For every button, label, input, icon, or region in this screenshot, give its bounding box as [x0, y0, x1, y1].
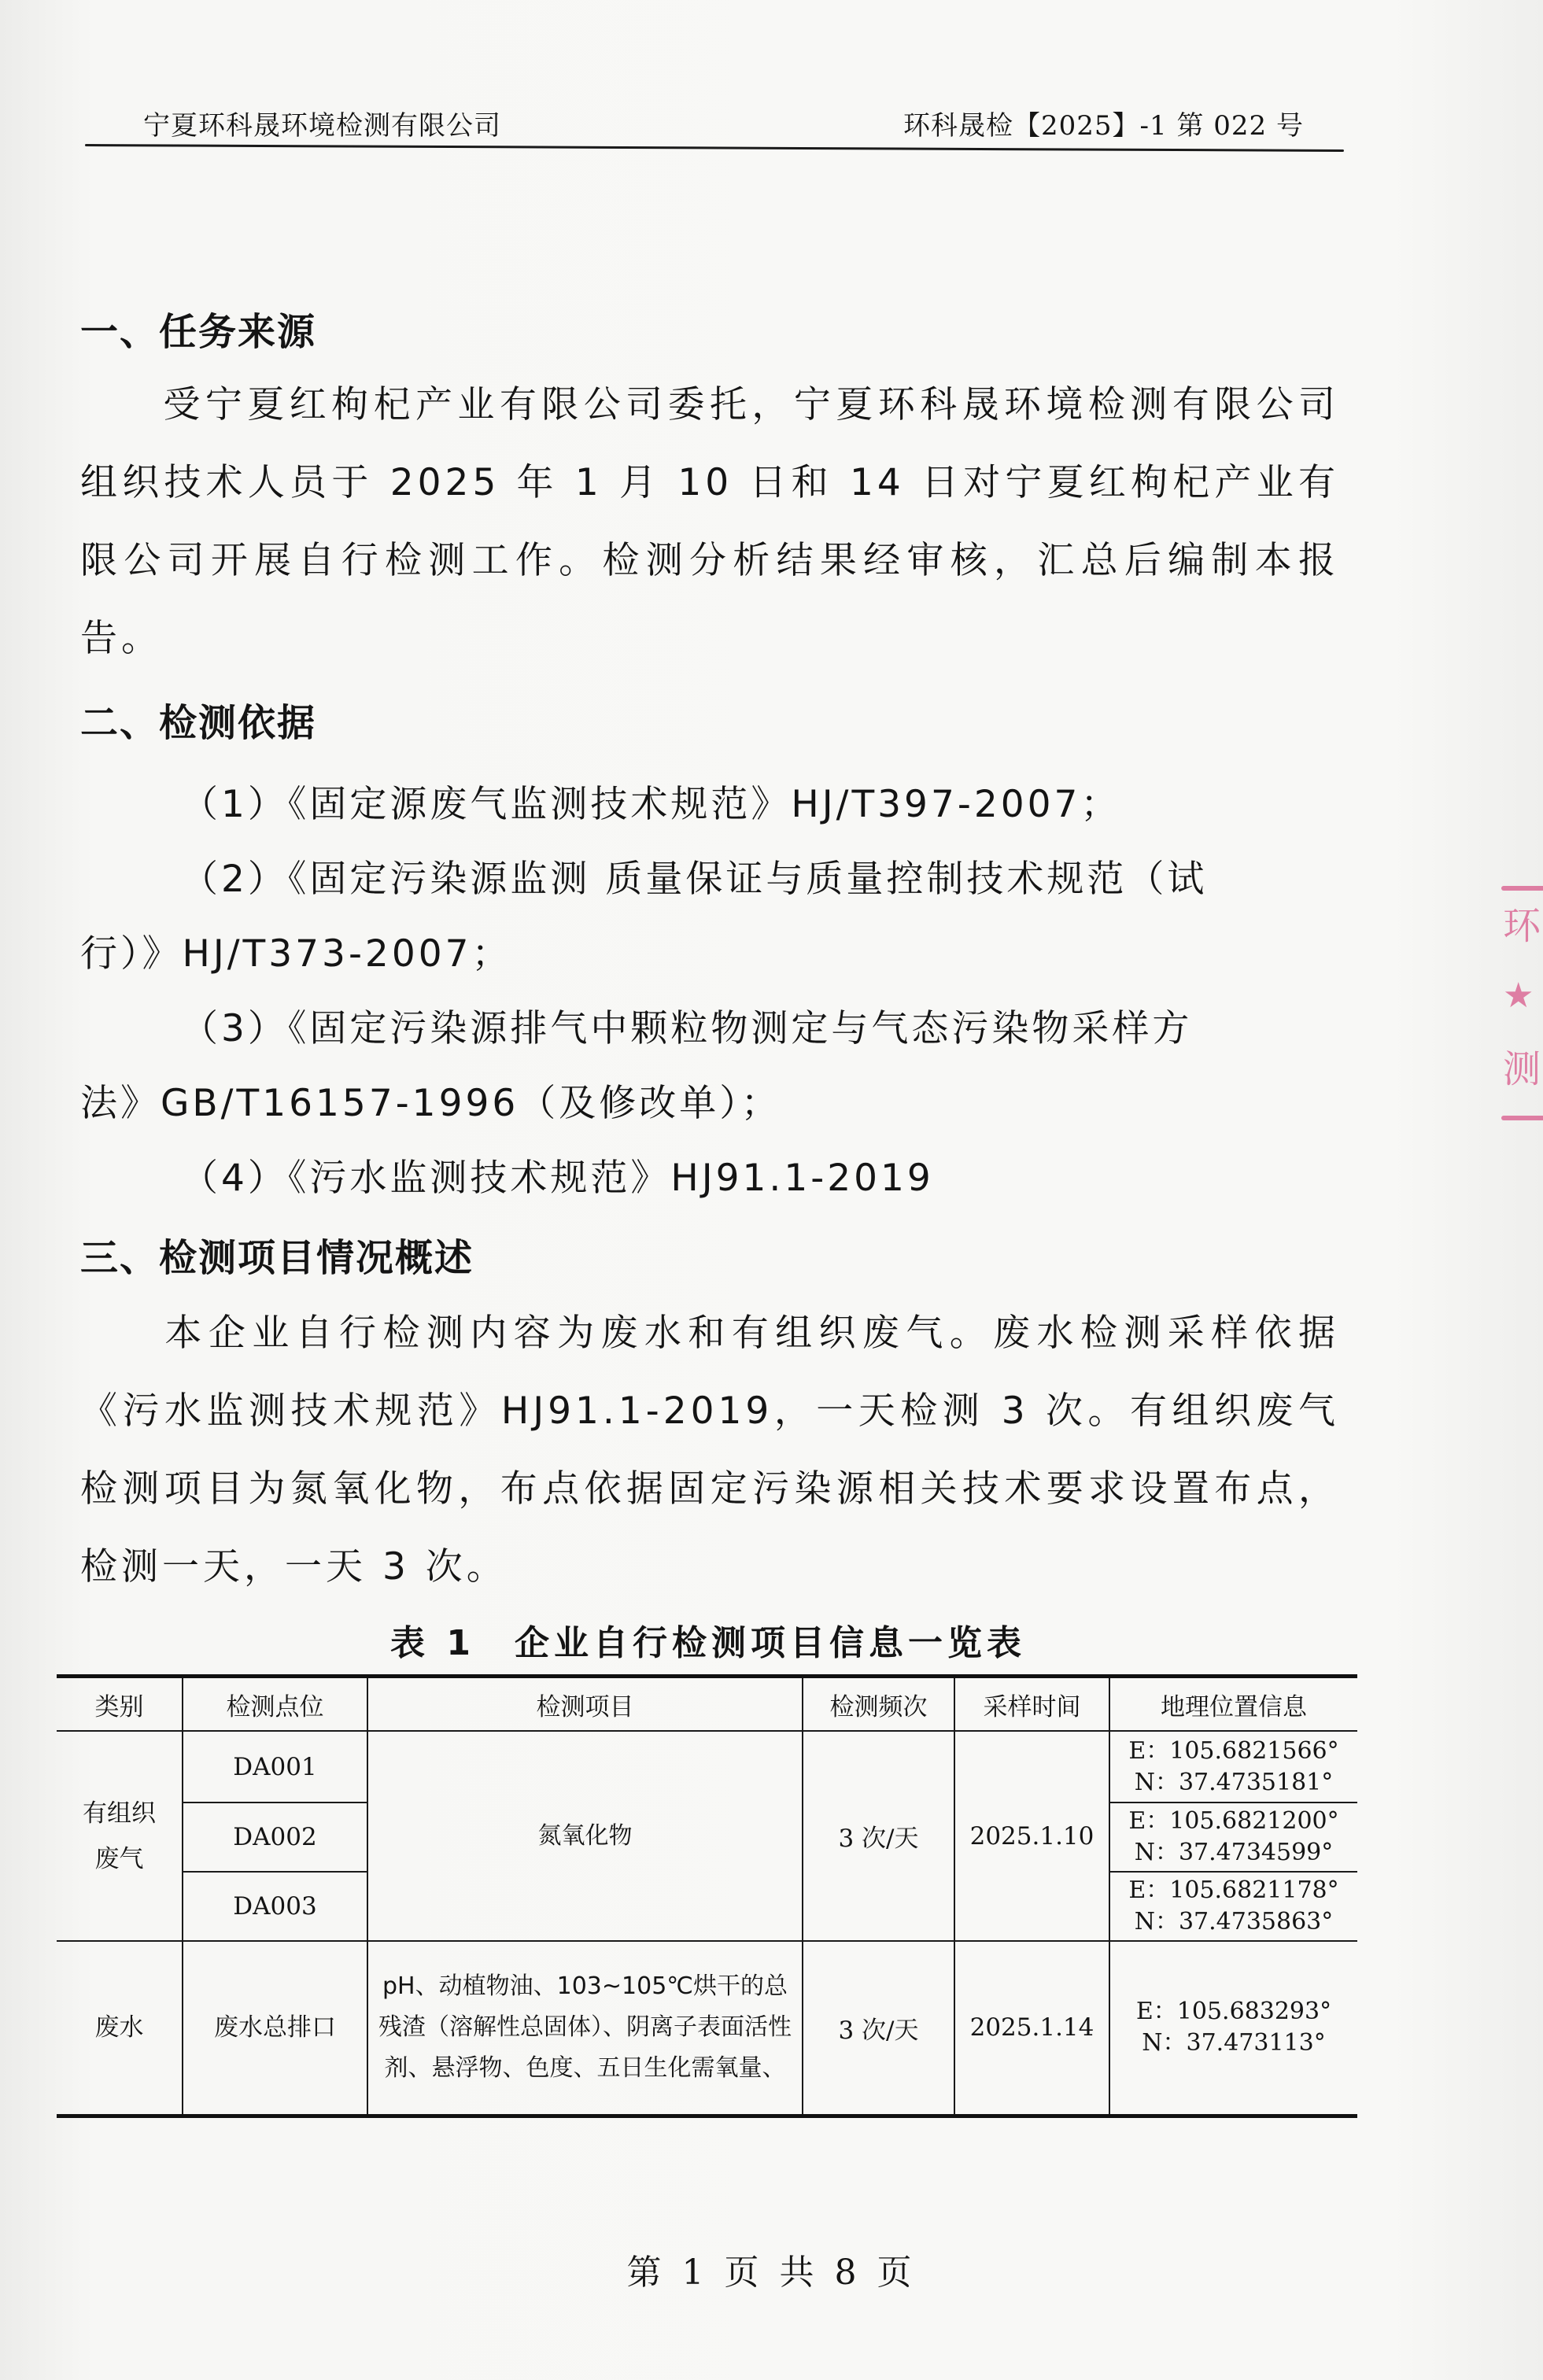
- header-report-number: 环科晟检【2025】-1 第 022 号: [903, 104, 1304, 142]
- table-caption: 表 1 企业自行检测项目信息一览表: [0, 1614, 1416, 1665]
- seal-char-2: 测: [1503, 1039, 1541, 1093]
- section-paragraph-overview: 本企业自行检测内容为废水和有组织废气。废水检测采样依据《污水监测技术规范》HJ9…: [80, 1294, 1339, 1606]
- seal-star-icon: ★: [1503, 976, 1534, 1016]
- task-source-text: 受宁夏红枸杞产业有限公司委托，宁夏环科晟环境检测有限公司组织技术人员于 2025…: [80, 383, 1339, 660]
- column-header-items: 检测项目: [367, 1677, 803, 1732]
- monitoring-items-table: 类别 检测点位 检测项目 检测频次 采样时间 地理位置信息 有组织废气 DA00…: [57, 1674, 1357, 2118]
- point-cell: 废水总排口: [183, 1941, 367, 2116]
- items-cell: pH、动植物油、103~105℃烘干的总残渣（溶解性总固体）、阴离子表面活性剂、…: [367, 1941, 803, 2116]
- table-row: 有组织废气 DA001 氮氧化物 3 次/天 2025.1.10 E：105.6…: [57, 1731, 1357, 1803]
- sampling-date-cell: 2025.1.14: [954, 1941, 1109, 2116]
- basis-item-2-continued: 行）》HJ/T373-2007；: [80, 924, 512, 977]
- basis-item-3: （3）《固定污染源排气中颗粒物测定与气态污染物采样方: [181, 999, 1192, 1052]
- longitude: E：105.6821566°: [1115, 1736, 1353, 1767]
- category-cell: 废水: [57, 1941, 183, 2116]
- location-cell: E：105.6821566° N：37.4735181°: [1109, 1731, 1357, 1803]
- items-cell: 氮氧化物: [367, 1731, 803, 1941]
- point-cell: DA001: [183, 1731, 367, 1803]
- latitude: N：37.4735181°: [1115, 1767, 1353, 1799]
- seal-border-top: [1501, 886, 1543, 891]
- sampling-date-cell: 2025.1.10: [954, 1731, 1109, 1941]
- table-row: 废水 废水总排口 pH、动植物油、103~105℃烘干的总残渣（溶解性总固体）、…: [57, 1941, 1357, 2116]
- red-seal-stamp-partial: 环 ★ 测: [1495, 873, 1543, 1133]
- column-header-location: 地理位置信息: [1109, 1677, 1357, 1732]
- header-company-name: 宁夏环科晟环境检测有限公司: [143, 104, 501, 142]
- page-number: 第 1 页 共 8 页: [0, 2244, 1543, 2294]
- category-label: 有组织废气: [80, 1791, 159, 1882]
- point-cell: DA003: [183, 1872, 367, 1941]
- location-cell: E：105.6821200° N：37.4734599°: [1109, 1803, 1357, 1872]
- overview-text: 本企业自行检测内容为废水和有组织废气。废水检测采样依据《污水监测技术规范》HJ9…: [80, 1312, 1339, 1589]
- category-cell: 有组织废气: [57, 1731, 183, 1941]
- section-title-task-source: 一、任务来源: [80, 301, 316, 356]
- basis-item-4: （4）《污水监测技术规范》HJ91.1-2019: [181, 1149, 934, 1201]
- seal-border-bottom: [1501, 1116, 1543, 1120]
- frequency-cell: 3 次/天: [803, 1731, 954, 1941]
- location-cell: E：105.6821178° N：37.4735863°: [1109, 1872, 1357, 1941]
- column-header-frequency: 检测频次: [803, 1677, 954, 1732]
- latitude: N：37.4734599°: [1115, 1837, 1353, 1869]
- section-paragraph-task-source: 受宁夏红枸杞产业有限公司委托，宁夏环科晟环境检测有限公司组织技术人员于 2025…: [80, 366, 1339, 677]
- latitude: N：37.473113°: [1115, 2028, 1353, 2059]
- section-title-overview: 三、检测项目情况概述: [80, 1227, 474, 1282]
- table-header-row: 类别 检测点位 检测项目 检测频次 采样时间 地理位置信息: [57, 1677, 1357, 1732]
- section-title-basis: 二、检测依据: [80, 692, 316, 747]
- column-header-sampling-date: 采样时间: [954, 1677, 1109, 1732]
- latitude: N：37.4735863°: [1115, 1906, 1353, 1938]
- longitude: E：105.6821200°: [1115, 1806, 1353, 1837]
- basis-item-3-continued: 法》GB/T16157-1996（及修改单）；: [80, 1074, 781, 1127]
- longitude: E：105.683293°: [1115, 1996, 1353, 2028]
- frequency-cell: 3 次/天: [803, 1941, 954, 2116]
- column-header-category: 类别: [57, 1677, 183, 1732]
- point-cell: DA002: [183, 1803, 367, 1872]
- basis-item-1: （1）《固定源废气监测技术规范》HJ/T397-2007；: [181, 775, 1120, 828]
- location-cell: E：105.683293° N：37.473113°: [1109, 1941, 1357, 2116]
- seal-char-1: 环: [1503, 895, 1541, 950]
- longitude: E：105.6821178°: [1115, 1875, 1353, 1906]
- column-header-point: 检测点位: [183, 1677, 367, 1732]
- basis-item-2: （2）《固定污染源监测 质量保证与质量控制技术规范（试: [181, 850, 1207, 902]
